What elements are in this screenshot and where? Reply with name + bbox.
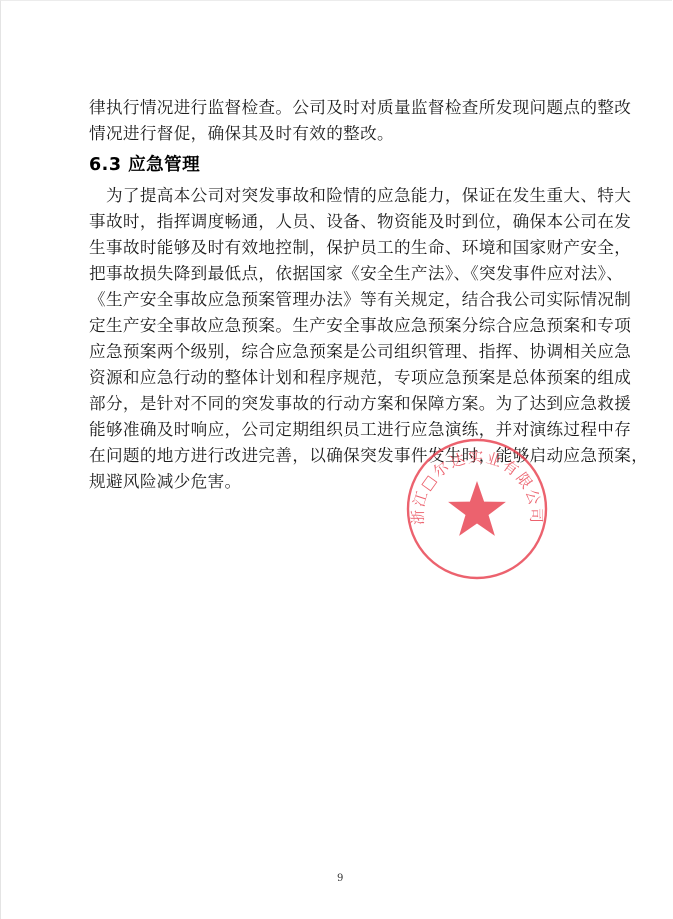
paragraph-line: 事故时，指挥调度畅通，人员、设备、物资能及时到位，确保本公司在发 bbox=[89, 212, 595, 232]
paragraph-line: 规避风险减少危害。 bbox=[89, 472, 595, 492]
paragraph-line: 在问题的地方进行改进完善，以确保突发事件发生时，能够启动应急预案， bbox=[89, 446, 595, 466]
paragraph-line: 为了提高本公司对突发事故和险情的应急能力，保证在发生重大、特大 bbox=[89, 186, 595, 206]
paragraph-line: 定生产安全事故应急预案。生产安全事故应急预案分综合应急预案和专项 bbox=[89, 316, 595, 336]
paragraph-line: 资源和应急行动的整体计划和程序规范，专项应急预案是总体预案的组成 bbox=[89, 368, 595, 388]
paragraph-line: 把事故损失降到最低点，依据国家《安全生产法》、《突发事件应对法》、 bbox=[89, 264, 595, 284]
page-number: 9 bbox=[337, 873, 343, 884]
paragraph-line: 应急预案两个级别，综合应急预案是公司组织管理、指挥、协调相关应急 bbox=[89, 342, 595, 362]
paragraph-line: 律执行情况进行监督检查。公司及时对质量监督检查所发现问题点的整改 bbox=[89, 98, 595, 118]
paragraph-line: 生事故时能够及时有效地控制，保护员工的生命、环境和国家财产安全， bbox=[89, 238, 595, 258]
paragraph-line: 《生产安全事故应急预案管理办法》等有关规定，结合我公司实际情况制 bbox=[89, 290, 595, 310]
section-heading: 6.3 应急管理 bbox=[89, 154, 200, 176]
paragraph-line: 情况进行督促，确保其及时有效的整改。 bbox=[89, 124, 595, 144]
paragraph-line: 部分，是针对不同的突发事故的行动方案和保障方案。为了达到应急救援 bbox=[89, 394, 595, 414]
paragraph-line: 能够准确及时响应，公司定期组织员工进行应急演练，并对演练过程中存 bbox=[89, 420, 595, 440]
document-page: 律执行情况进行监督检查。公司及时对质量监督检查所发现问题点的整改 情况进行督促，… bbox=[0, 0, 672, 919]
